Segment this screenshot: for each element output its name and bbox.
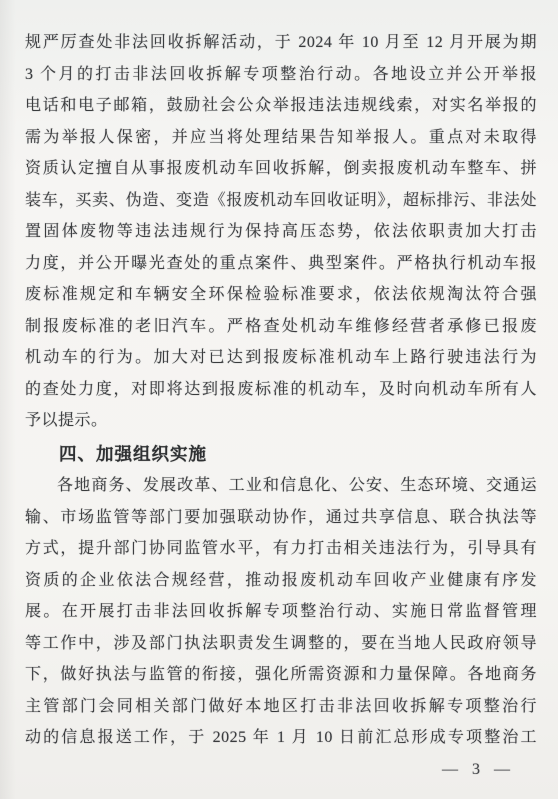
text-line: 下，做好执法与监管的衔接，强化所需资源和力量保障。各地商务	[25, 659, 537, 691]
page-number: — 3 —	[25, 759, 537, 781]
text-line: 资质的企业依法合规经营，推动报废机动车回收产业健康有序发	[25, 565, 537, 597]
section-heading: 四、加强组织实施	[25, 439, 537, 471]
text-line: 机动车的行为。加大对已达到报废标准机动车上路行驶违法行为	[25, 342, 537, 374]
text-line: 力度，并公开曝光查处的重点案件、典型案件。严格执行机动车报	[25, 248, 537, 280]
text-line: 展。在开展打击非法回收拆解专项整治行动、实施日常监督管理	[25, 596, 537, 628]
text-line: 3 个月的打击非法回收拆解专项整治行动。各地设立并公开举报	[25, 59, 537, 91]
text-line: 废标准规定和车辆安全环保检验标准要求，依法依规淘汰符合强	[25, 279, 537, 311]
text-line: 制报废标准的老旧汽车。严格查处机动车维修经营者承修已报废	[25, 311, 537, 343]
text-line: 装车，买卖、伪造、变造《报废机动车回收证明》，超标排污、非法处	[25, 185, 537, 217]
paragraph-organization: 各地商务、发展改革、工业和信息化、公安、生态环境、交通运输、市场监管等部门要加强…	[25, 470, 537, 754]
text-line: 的查处力度，对即将达到报废标准的机动车，及时向机动车所有人	[25, 374, 537, 406]
text-line: 予以提示。	[25, 405, 537, 437]
text-line: 方式，提升部门协同监管水平，有力打击相关违法行为，引导具有	[25, 533, 537, 565]
text-line: 资质认定擅自从事报废机动车回收拆解，倒卖报废机动车整车、拼	[25, 153, 537, 185]
text-line: 输、市场监管等部门要加强联动协作，通过共享信息、联合执法等	[25, 502, 537, 534]
text-line: 各地商务、发展改革、工业和信息化、公安、生态环境、交通运	[25, 470, 537, 502]
text-line: 主管部门会同相关部门做好本地区打击非法回收拆解专项整治行	[25, 691, 537, 723]
text-line: 需为举报人保密，并应当将处理结果告知举报人。重点对未取得	[25, 122, 537, 154]
text-line: 置固体废物等违法违规行为保持高压态势，依法依职责加大打击	[25, 216, 537, 248]
text-line: 等工作中，涉及部门执法职责发生调整的，要在当地人民政府领导	[25, 628, 537, 660]
text-line: 规严厉查处非法回收拆解活动，于 2024 年 10 月至 12 月开展为期	[25, 27, 537, 59]
paragraph-continuation: 规严厉查处非法回收拆解活动，于 2024 年 10 月至 12 月开展为期3 个…	[25, 27, 537, 437]
document-page: 规严厉查处非法回收拆解活动，于 2024 年 10 月至 12 月开展为期3 个…	[0, 0, 558, 799]
text-line: 电话和电子邮箱，鼓励社会公众举报违法违规线索，对实名举报的	[25, 90, 537, 122]
text-line: 动的信息报送工作，于 2025 年 1 月 10 日前汇总形成专项整治工	[25, 722, 537, 754]
